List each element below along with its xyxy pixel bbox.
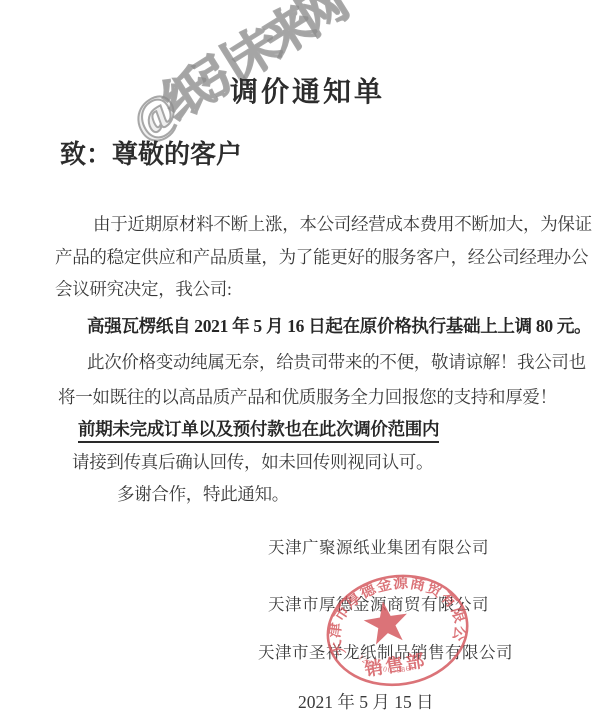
document-page: @纸引未来网 调价通知单 致：尊敬的客户 由于近期原材料不断上涨，本公司经营成本… [0, 0, 615, 720]
fax-confirm-line: 请接到传真后确认回传，如未回传则视同认可。 [72, 449, 433, 474]
body-line: 产品的稳定供应和产品质量，为了能更好的服务客户，经公司经理办公 [55, 244, 588, 269]
company-stamp: 天津市厚德金源商贸有限公司 销售部 1201120059861 [315, 561, 484, 705]
signature-company-1: 天津广聚源纸业集团有限公司 [268, 534, 489, 558]
body-line: 将一如既往的以高品质产品和优质服务全力回报您的支持和厚爱！ [58, 384, 557, 409]
notice-line: 前期未完成订单以及预付款也在此次调价范围内 [78, 416, 439, 441]
body-line: 此次价格变动纯属无奈，给贵司带来的不便，敬请谅解！我公司也 [87, 349, 586, 374]
signature-company-2: 天津市厚德金源商贸有限公司 [268, 591, 489, 615]
body-line: 会议研究决定，我公司: [55, 276, 232, 301]
page-title: 调价通知单 [0, 70, 615, 110]
price-increase-line: 高强瓦楞纸自 2021 年 5 月 16 日起在原价格执行基础上上调 80 元。 [87, 313, 591, 338]
underlined-notice-text: 前期未完成订单以及预付款也在此次调价范围内 [78, 419, 439, 443]
document-date: 2021 年 5 月 15 日 [298, 689, 434, 714]
stamp-border [320, 566, 475, 695]
site-watermark: @纸引未来网 [115, 0, 343, 138]
salutation: 致：尊敬的客户 [60, 134, 242, 171]
thanks-line: 多谢合作，特此通知。 [117, 481, 289, 506]
body-line: 由于近期原材料不断上涨，本公司经营成本费用不断加大，为保证 [93, 211, 592, 236]
signature-company-3: 天津市圣祥龙纸制品销售有限公司 [258, 639, 513, 663]
